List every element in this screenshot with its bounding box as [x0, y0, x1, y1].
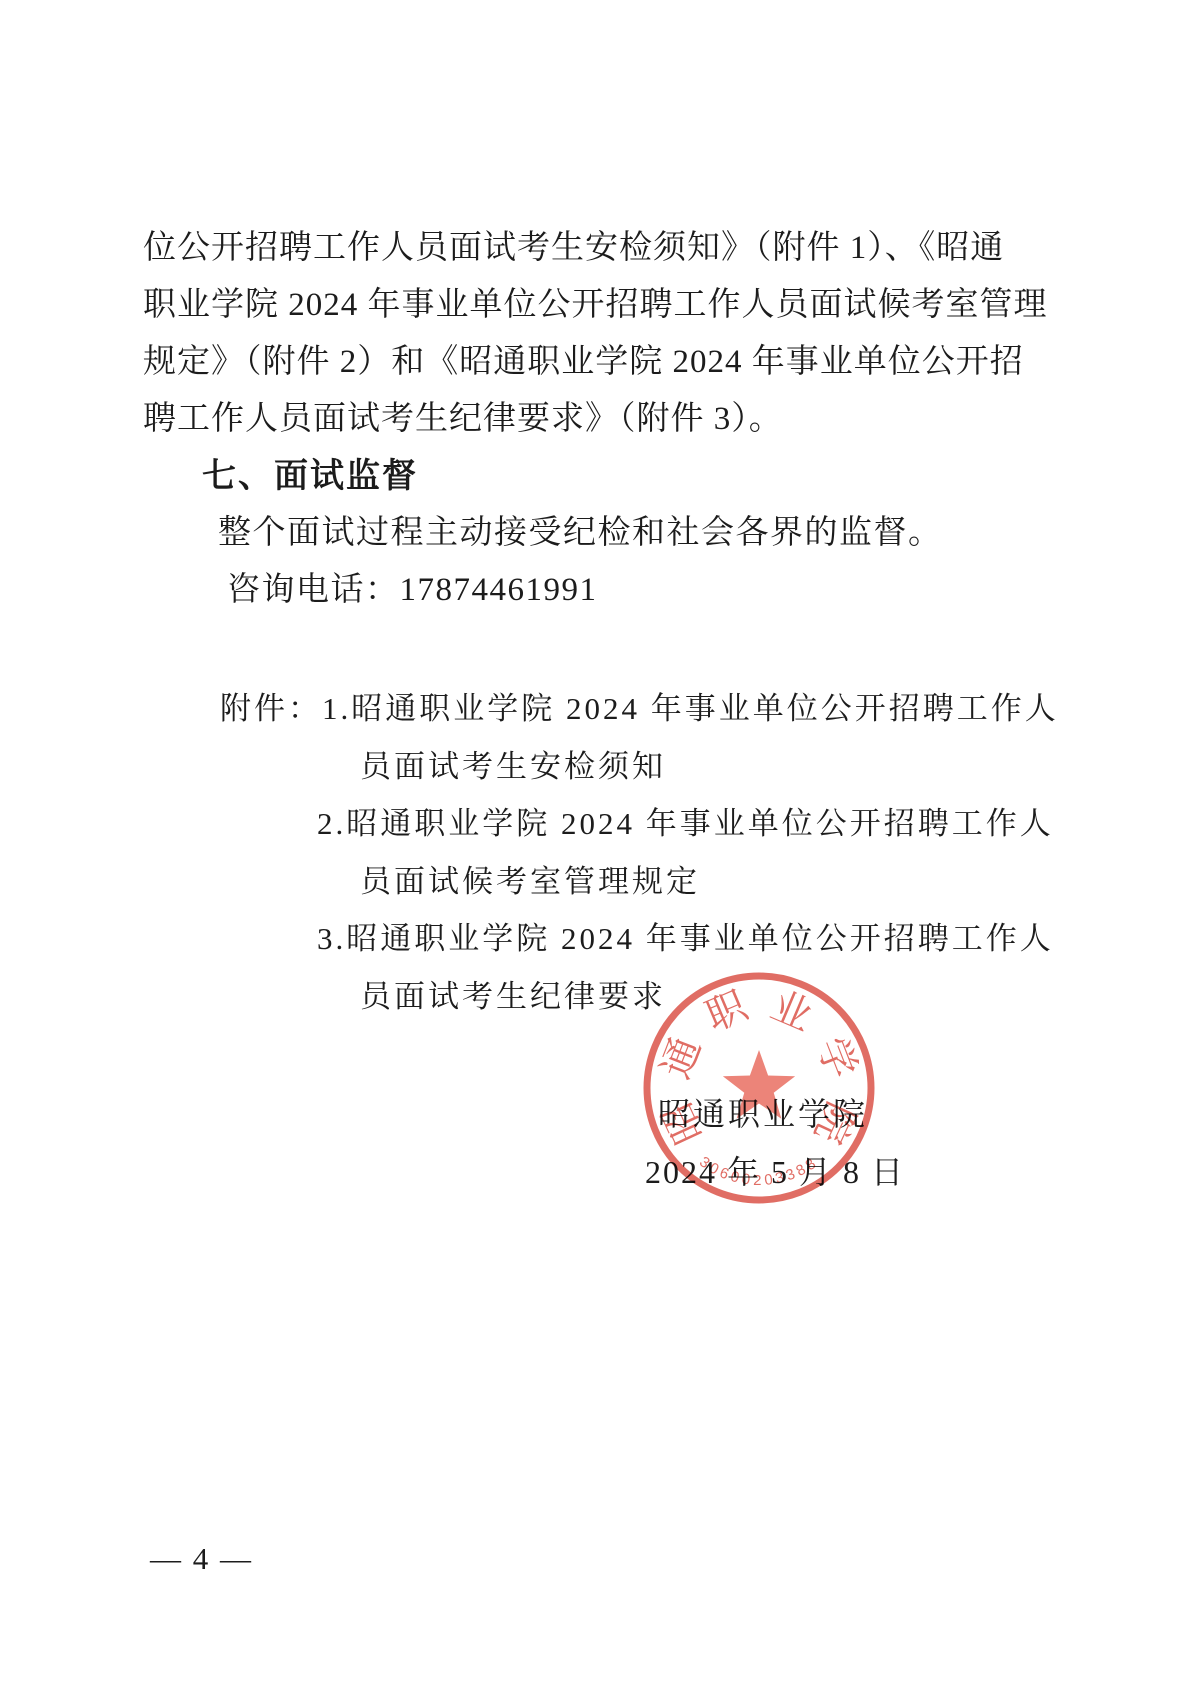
body-line: 职业学院 2024 年事业单位公开招聘工作人员面试候考室管理	[143, 277, 1035, 334]
phone-label: 咨询电话：	[227, 572, 400, 608]
attachments-label: 附件：	[220, 691, 322, 726]
attachment-item-line: 3.昭通职业学院 2024 年事业单位公开招聘工作人	[143, 910, 1103, 968]
section-heading: 七、面试监督	[143, 448, 1035, 505]
official-seal: 昭通职业学院 30600203388	[641, 970, 877, 1206]
document-page: 位公开招聘工作人员面试考生安检须知》（附件 1）、《昭通 职业学院 2024 年…	[0, 0, 1191, 1684]
attachments-list: 附件：1.昭通职业学院 2024 年事业单位公开招聘工作人 员面试考生安检须知 …	[143, 680, 1103, 1025]
seal-star-icon	[723, 1050, 795, 1119]
body-line: 位公开招聘工作人员面试考生安检须知》（附件 1）、《昭通	[143, 220, 1035, 277]
phone-line: 咨询电话：17874461991	[143, 562, 1043, 619]
body-paragraph: 位公开招聘工作人员面试考生安检须知》（附件 1）、《昭通 职业学院 2024 年…	[143, 220, 1035, 448]
body-line: 聘工作人员面试考生纪律要求》（附件 3）。	[143, 391, 1035, 448]
supervision-paragraph: 整个面试过程主动接受纪检和社会各界的监督。	[143, 505, 1123, 562]
attachment-1-title: 1.昭通职业学院 2024 年事业单位公开招聘工作人	[322, 691, 1059, 726]
attachment-item-line: 附件：1.昭通职业学院 2024 年事业单位公开招聘工作人	[143, 680, 1103, 738]
attachment-item-line: 2.昭通职业学院 2024 年事业单位公开招聘工作人	[143, 795, 1103, 853]
attachment-item-line: 员面试候考室管理规定	[143, 853, 1103, 911]
seal-code: 30600203388	[696, 1153, 822, 1189]
body-line: 规定》（附件 2）和《昭通职业学院 2024 年事业单位公开招	[143, 334, 1035, 391]
page-number: — 4 —	[150, 1542, 253, 1576]
attachment-item-line: 员面试考生纪律要求	[143, 968, 1103, 1026]
svg-text:30600203388: 30600203388	[696, 1153, 822, 1189]
attachment-item-line: 员面试考生安检须知	[143, 738, 1103, 796]
phone-number: 17874461991	[400, 572, 598, 608]
